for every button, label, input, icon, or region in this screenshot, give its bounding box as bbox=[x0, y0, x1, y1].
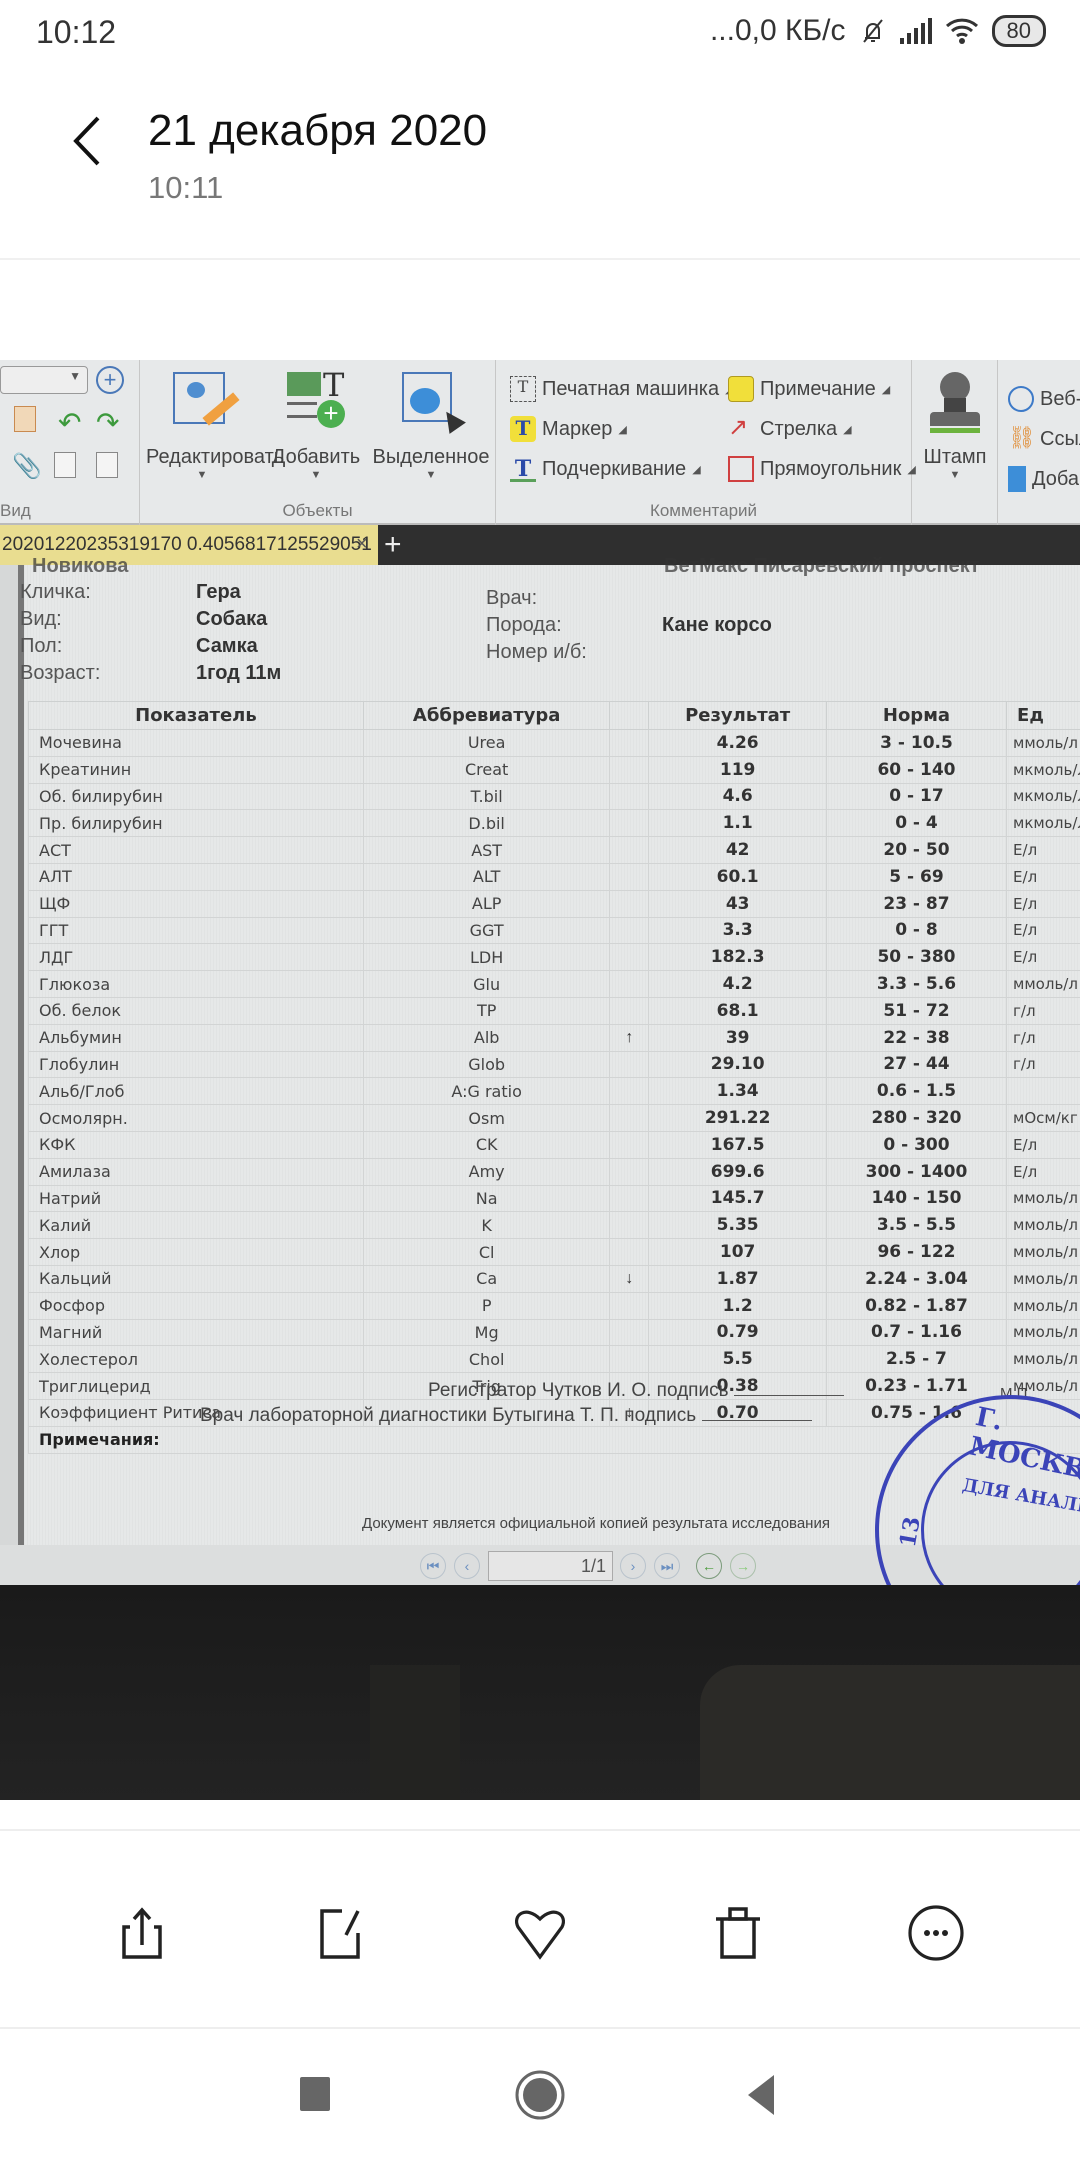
stamp-label: Штамп bbox=[918, 446, 992, 469]
arrow-icon: ↗ bbox=[728, 416, 754, 442]
indicator-name: ЛДГ bbox=[29, 944, 364, 971]
first-page-button[interactable]: ⏮ bbox=[420, 1553, 446, 1579]
col-header-norm: Норма bbox=[826, 702, 1006, 730]
field-label: Пол: bbox=[20, 635, 196, 658]
norm-range: 2.24 - 3.04 bbox=[826, 1265, 1006, 1292]
results-table-body: МочевинаUrea4.263 - 10.5ммоль/лКреатинин… bbox=[29, 730, 1080, 1454]
home-button[interactable] bbox=[514, 2069, 566, 2121]
unit bbox=[1007, 1078, 1080, 1105]
clinic-partial: ВетМакс Писаревский проспект bbox=[664, 555, 980, 578]
indicator-name: Глюкоза bbox=[29, 971, 364, 998]
indicator-name: Амилаза bbox=[29, 1158, 364, 1185]
dropdown-caret-icon: ▼ bbox=[268, 469, 364, 481]
result-value: 4.2 bbox=[649, 971, 827, 998]
patient-field: Вид:Собака bbox=[20, 608, 267, 631]
norm-range: 20 - 50 bbox=[826, 837, 1006, 864]
table-row: ГГТGGT3.30 - 8Е/л bbox=[29, 917, 1080, 944]
unit: ммоль/л bbox=[1007, 1239, 1080, 1266]
col-header-result: Результат bbox=[649, 702, 827, 730]
deviation-flag bbox=[610, 863, 649, 890]
norm-range: 22 - 38 bbox=[826, 1024, 1006, 1051]
redo-icon[interactable]: ↷ bbox=[96, 406, 119, 439]
norm-range: 23 - 87 bbox=[826, 890, 1006, 917]
indicator-abbr: AST bbox=[363, 837, 610, 864]
underline-button[interactable]: TПодчеркивание◢ bbox=[510, 456, 701, 482]
deviation-flag bbox=[610, 944, 649, 971]
indicator-abbr: Na bbox=[363, 1185, 610, 1212]
result-value: 0.79 bbox=[649, 1319, 827, 1346]
unit: мкмоль/л bbox=[1007, 756, 1080, 783]
norm-range: 0 - 300 bbox=[826, 1131, 1006, 1158]
table-row: ФосфорP1.20.82 - 1.87ммоль/л bbox=[29, 1292, 1080, 1319]
indicator-abbr: Urea bbox=[363, 730, 610, 757]
photo-date-title: 21 декабря 2020 bbox=[148, 106, 487, 156]
result-value: 167.5 bbox=[649, 1131, 827, 1158]
dropdown-caret-icon: ▼ bbox=[146, 469, 258, 481]
result-value: 43 bbox=[649, 890, 827, 917]
deviation-flag bbox=[610, 1212, 649, 1239]
stamp-group: Штамп ▼ bbox=[912, 360, 998, 525]
result-value: 39 bbox=[649, 1024, 827, 1051]
owner-partial: Новикова bbox=[32, 555, 128, 578]
indicator-name: Калий bbox=[29, 1212, 364, 1239]
field-label: Врач: bbox=[486, 587, 662, 610]
official-copy-note: Документ является официальной копией рез… bbox=[362, 1515, 830, 1532]
table-row: АмилазаAmy699.6300 - 1400Е/л bbox=[29, 1158, 1080, 1185]
indicator-name: АСТ bbox=[29, 837, 364, 864]
back-view-button[interactable]: ← bbox=[696, 1553, 722, 1579]
field-value: Кане корсо bbox=[662, 614, 772, 637]
indicator-abbr: P bbox=[363, 1292, 610, 1319]
favorite-button[interactable] bbox=[510, 1903, 570, 1963]
new-tab-button[interactable]: + bbox=[384, 525, 402, 565]
signal-icon bbox=[900, 18, 932, 44]
norm-range: 51 - 72 bbox=[826, 997, 1006, 1024]
background-object bbox=[370, 1665, 460, 1800]
dropdown-caret-icon: ▼ bbox=[372, 469, 490, 481]
patient-field: Пол:Самка bbox=[20, 635, 258, 658]
link-icon: ⛓ bbox=[1008, 426, 1034, 452]
prev-page-button[interactable]: ‹ bbox=[454, 1553, 480, 1579]
undo-icon[interactable]: ↶ bbox=[58, 406, 81, 439]
deviation-flag: ↑ bbox=[610, 1024, 649, 1051]
dropdown-caret-icon: ▼ bbox=[918, 469, 992, 481]
patient-field: Номер и/б: bbox=[486, 641, 662, 664]
deviation-flag bbox=[610, 1131, 649, 1158]
selection-button[interactable]: Выделенное ▼ bbox=[372, 370, 490, 481]
globe-icon bbox=[1008, 386, 1034, 412]
stamp-button[interactable]: Штамп ▼ bbox=[918, 370, 992, 481]
result-value: 119 bbox=[649, 756, 827, 783]
indicator-abbr: A:G ratio bbox=[363, 1078, 610, 1105]
typewriter-button[interactable]: TПечатная машинка◢ bbox=[510, 376, 734, 402]
norm-range: 0.6 - 1.5 bbox=[826, 1078, 1006, 1105]
unit: мкмоль/л bbox=[1007, 783, 1080, 810]
web-link-button[interactable]: Веб- bbox=[1008, 386, 1080, 412]
unit: ммоль/л bbox=[1007, 1346, 1080, 1373]
back-nav-button[interactable] bbox=[738, 2069, 790, 2121]
norm-range: 0 - 8 bbox=[826, 917, 1006, 944]
zoom-in-icon[interactable]: + bbox=[96, 366, 124, 394]
unit: г/л bbox=[1007, 997, 1080, 1024]
field-value: Собака bbox=[196, 608, 267, 631]
result-value: 291.22 bbox=[649, 1105, 827, 1132]
add-object-button[interactable]: T + Добавить ▼ bbox=[268, 370, 364, 481]
heart-icon bbox=[510, 1903, 570, 1963]
table-row: Об. белокTP68.151 - 72г/л bbox=[29, 997, 1080, 1024]
ribbon-group-comment: TПечатная машинка◢ TМаркер◢ TПодчеркиван… bbox=[496, 360, 912, 525]
col-header-abbr: Аббревиатура bbox=[363, 702, 610, 730]
attachment-icon[interactable]: 📎 bbox=[12, 452, 42, 481]
ribbon-toolbar: ▼ + ↶ ↷ 📎 Вид Редактировать bbox=[0, 360, 1080, 525]
deviation-flag bbox=[610, 810, 649, 837]
deviation-flag bbox=[610, 1078, 649, 1105]
patient-field: Врач: bbox=[486, 587, 662, 610]
table-row: КреатининCreat11960 - 140мкмоль/л bbox=[29, 756, 1080, 783]
ribbon-group-links: Веб- ⛓Ссыл Доба bbox=[998, 360, 1080, 525]
table-row: НатрийNa145.7140 - 150ммоль/л bbox=[29, 1185, 1080, 1212]
col-header-indicator: Показатель bbox=[29, 702, 364, 730]
result-value: 60.1 bbox=[649, 863, 827, 890]
share-icon bbox=[112, 1903, 172, 1963]
unit: ммоль/л bbox=[1007, 1185, 1080, 1212]
indicator-name: Фосфор bbox=[29, 1292, 364, 1319]
indicator-name: Пр. билирубин bbox=[29, 810, 364, 837]
rectangle-button[interactable]: Прямоугольник◢ bbox=[728, 456, 916, 482]
table-row: АСТAST4220 - 50Е/л bbox=[29, 837, 1080, 864]
indicator-name: Холестерол bbox=[29, 1346, 364, 1373]
unit: Е/л bbox=[1007, 944, 1080, 971]
deviation-flag bbox=[610, 1158, 649, 1185]
unit: г/л bbox=[1007, 1024, 1080, 1051]
trash-icon bbox=[708, 1903, 768, 1963]
ribbon-group-view: ▼ + ↶ ↷ 📎 Вид bbox=[0, 360, 140, 525]
indicator-name: Об. билирубин bbox=[29, 783, 364, 810]
norm-range: 280 - 320 bbox=[826, 1105, 1006, 1132]
unit: Е/л bbox=[1007, 917, 1080, 944]
home-icon bbox=[514, 2069, 566, 2121]
chevron-left-icon bbox=[62, 106, 112, 176]
more-icon bbox=[906, 1903, 966, 1963]
deviation-flag bbox=[610, 1051, 649, 1078]
patient-field: Кличка:Гера bbox=[20, 581, 241, 604]
monitor-screen: ▼ + ↶ ↷ 📎 Вид Редактировать bbox=[0, 360, 1080, 1585]
indicator-name: Триглицерид bbox=[29, 1373, 364, 1400]
unit: Е/л bbox=[1007, 1158, 1080, 1185]
deviation-flag bbox=[610, 1319, 649, 1346]
norm-range: 140 - 150 bbox=[826, 1185, 1006, 1212]
result-value: 5.5 bbox=[649, 1346, 827, 1373]
share-button[interactable] bbox=[112, 1903, 172, 1963]
result-value: 1.2 bbox=[649, 1292, 827, 1319]
indicator-abbr: Chol bbox=[363, 1346, 610, 1373]
indicator-name: Об. белок bbox=[29, 997, 364, 1024]
norm-range: 3 - 10.5 bbox=[826, 730, 1006, 757]
recents-button[interactable] bbox=[290, 2069, 342, 2121]
table-row: АЛТALT60.15 - 69Е/л bbox=[29, 863, 1080, 890]
edit-icon bbox=[310, 1903, 370, 1963]
deviation-flag bbox=[610, 1292, 649, 1319]
norm-range: 60 - 140 bbox=[826, 756, 1006, 783]
rectangle-icon bbox=[728, 456, 754, 482]
status-time: 10:12 bbox=[36, 14, 116, 51]
ribbon-group-label: Комментарий bbox=[496, 501, 911, 521]
photo-view[interactable]: ▼ + ↶ ↷ 📎 Вид Редактировать bbox=[0, 360, 1080, 1800]
unit: ммоль/л bbox=[1007, 1212, 1080, 1239]
arrow-button[interactable]: ↗Стрелка◢ bbox=[728, 416, 852, 442]
results-table: Показатель Аббревиатура Результат Норма … bbox=[28, 701, 1080, 1454]
field-value: Самка bbox=[196, 635, 258, 658]
norm-range: 0.82 - 1.87 bbox=[826, 1292, 1006, 1319]
indicator-name: Хлор bbox=[29, 1239, 364, 1266]
system-nav-bar bbox=[0, 2031, 1080, 2160]
result-value: 1.34 bbox=[649, 1078, 827, 1105]
indicator-name: ГГТ bbox=[29, 917, 364, 944]
indicator-name: КФК bbox=[29, 1131, 364, 1158]
last-page-button[interactable]: ⏭ bbox=[654, 1553, 680, 1579]
result-value: 4.26 bbox=[649, 730, 827, 757]
status-icons: ...0,0 КБ/с 80 bbox=[710, 14, 1046, 48]
typewriter-icon: T bbox=[510, 376, 536, 402]
viewer-header: 21 декабря 2020 10:11 bbox=[0, 66, 1080, 262]
deviation-flag bbox=[610, 783, 649, 810]
indicator-abbr: ALT bbox=[363, 863, 610, 890]
norm-range: 27 - 44 bbox=[826, 1051, 1006, 1078]
delete-button[interactable] bbox=[708, 1903, 768, 1963]
result-value: 1.1 bbox=[649, 810, 827, 837]
fit-page-icon[interactable] bbox=[14, 406, 36, 432]
norm-range: 2.5 - 7 bbox=[826, 1346, 1006, 1373]
edit-objects-button[interactable]: Редактировать ▼ bbox=[146, 370, 258, 481]
stamp-number: 13 bbox=[895, 1515, 926, 1550]
status-bar: 10:12 ...0,0 КБ/с 80 bbox=[0, 0, 1080, 66]
table-header-row: Показатель Аббревиатура Результат Норма … bbox=[29, 702, 1080, 730]
unit: мОсм/кг bbox=[1007, 1105, 1080, 1132]
field-label: Вид: bbox=[20, 608, 196, 631]
back-triangle-icon bbox=[738, 2069, 790, 2121]
unit: ммоль/л bbox=[1007, 1292, 1080, 1319]
indicator-name: Кальций bbox=[29, 1265, 364, 1292]
unit: ммоль/л bbox=[1007, 1319, 1080, 1346]
underline-icon: T bbox=[510, 456, 536, 482]
selection-icon bbox=[396, 370, 466, 440]
table-row: КалийK5.353.5 - 5.5ммоль/л bbox=[29, 1212, 1080, 1239]
indicator-name: АЛТ bbox=[29, 863, 364, 890]
ribbon-group-label: Вид bbox=[0, 501, 139, 521]
divider bbox=[0, 258, 1080, 260]
indicator-abbr: Creat bbox=[363, 756, 610, 783]
indicator-abbr: Amy bbox=[363, 1158, 610, 1185]
indicator-abbr: Cl bbox=[363, 1239, 610, 1266]
table-row: ГлюкозаGlu4.23.3 - 5.6ммоль/л bbox=[29, 971, 1080, 998]
table-row: Пр. билирубинD.bil1.10 - 4мкмоль/л bbox=[29, 810, 1080, 837]
result-value: 42 bbox=[649, 837, 827, 864]
norm-range: 96 - 122 bbox=[826, 1239, 1006, 1266]
unit: мкмоль/л bbox=[1007, 810, 1080, 837]
result-value: 4.6 bbox=[649, 783, 827, 810]
deviation-flag bbox=[610, 917, 649, 944]
table-row: Альб/ГлобA:G ratio1.340.6 - 1.5 bbox=[29, 1078, 1080, 1105]
result-value: 145.7 bbox=[649, 1185, 827, 1212]
field-label: Порода: bbox=[486, 614, 662, 637]
document-text-icon[interactable] bbox=[54, 452, 76, 478]
add-bookmark-button[interactable]: Доба bbox=[1008, 466, 1079, 492]
indicator-abbr: GGT bbox=[363, 917, 610, 944]
registrar-signature: Регистратор Чутков И. О. подпись bbox=[428, 1380, 844, 1402]
patient-field: Возраст:1год 11м bbox=[20, 662, 281, 685]
unit: ммоль/л bbox=[1007, 971, 1080, 998]
table-row: ГлобулинGlob29.1027 - 44г/л bbox=[29, 1051, 1080, 1078]
unit: г/л bbox=[1007, 1051, 1080, 1078]
unit: ммоль/л bbox=[1007, 1265, 1080, 1292]
norm-range: 3.3 - 5.6 bbox=[826, 971, 1006, 998]
col-header-flag bbox=[610, 702, 649, 730]
table-row: АльбуминAlb↑3922 - 38г/л bbox=[29, 1024, 1080, 1051]
note-button[interactable]: Примечание◢ bbox=[728, 376, 890, 402]
result-value: 107 bbox=[649, 1239, 827, 1266]
indicator-name: Магний bbox=[29, 1319, 364, 1346]
recents-icon bbox=[290, 2069, 342, 2121]
indicator-abbr: TP bbox=[363, 997, 610, 1024]
field-value: Гера bbox=[196, 581, 241, 604]
marker-icon: T bbox=[510, 416, 536, 442]
indicator-abbr: Alb bbox=[363, 1024, 610, 1051]
result-value: 5.35 bbox=[649, 1212, 827, 1239]
wifi-icon bbox=[944, 16, 980, 46]
unit: ммоль/л bbox=[1007, 730, 1080, 757]
table-row: КФКCK167.50 - 300Е/л bbox=[29, 1131, 1080, 1158]
edit-objects-label: Редактировать bbox=[146, 446, 258, 469]
edit-objects-icon bbox=[167, 370, 237, 440]
deviation-flag bbox=[610, 1105, 649, 1132]
next-page-button[interactable]: › bbox=[620, 1553, 646, 1579]
table-row: ХлорCl10796 - 122ммоль/л bbox=[29, 1239, 1080, 1266]
result-value: 3.3 bbox=[649, 917, 827, 944]
bookmark-add-icon bbox=[1008, 466, 1026, 492]
field-label: Кличка: bbox=[20, 581, 196, 604]
indicator-abbr: ALP bbox=[363, 890, 610, 917]
field-value: 1год 11м bbox=[196, 662, 281, 685]
close-tab-icon[interactable]: × bbox=[356, 525, 368, 563]
background-object bbox=[700, 1665, 1080, 1800]
signature-line bbox=[702, 1420, 812, 1421]
selection-label: Выделенное bbox=[372, 446, 490, 469]
photo-time: 10:11 bbox=[148, 170, 223, 206]
net-speed: ...0,0 КБ/с bbox=[710, 14, 846, 48]
ribbon-group-objects: Редактировать ▼ T + Добавить ▼ bbox=[140, 360, 496, 525]
indicator-abbr: LDH bbox=[363, 944, 610, 971]
battery-indicator: 80 bbox=[992, 15, 1046, 47]
table-row: МагнийMg0.790.7 - 1.16ммоль/л bbox=[29, 1319, 1080, 1346]
indicator-name: Осмолярн. bbox=[29, 1105, 364, 1132]
result-value: 182.3 bbox=[649, 944, 827, 971]
deviation-flag: ↓ bbox=[610, 1265, 649, 1292]
result-value: 68.1 bbox=[649, 997, 827, 1024]
indicator-abbr: CK bbox=[363, 1131, 610, 1158]
field-label: Возраст: bbox=[20, 662, 196, 685]
table-row: МочевинаUrea4.263 - 10.5ммоль/л bbox=[29, 730, 1080, 757]
col-header-unit: Ед bbox=[1007, 702, 1080, 730]
ribbon-group-label: Объекты bbox=[140, 501, 495, 521]
add-object-icon: T + bbox=[281, 370, 351, 440]
indicator-abbr: Osm bbox=[363, 1105, 610, 1132]
norm-range: 5 - 69 bbox=[826, 863, 1006, 890]
table-row: ЩФALP4323 - 87Е/л bbox=[29, 890, 1080, 917]
marker-button[interactable]: TМаркер◢ bbox=[510, 416, 627, 442]
more-button[interactable] bbox=[906, 1903, 966, 1963]
unit: Е/л bbox=[1007, 863, 1080, 890]
indicator-name: Натрий bbox=[29, 1185, 364, 1212]
patient-field: Порода:Кане корсо bbox=[486, 614, 772, 637]
norm-range: 3.5 - 5.5 bbox=[826, 1212, 1006, 1239]
indicator-abbr: Ca bbox=[363, 1265, 610, 1292]
indicator-name: Глобулин bbox=[29, 1051, 364, 1078]
indicator-name: Мочевина bbox=[29, 730, 364, 757]
indicator-abbr: T.bil bbox=[363, 783, 610, 810]
table-row: Об. билирубинT.bil4.60 - 17мкмоль/л bbox=[29, 783, 1080, 810]
indicator-abbr: Glu bbox=[363, 971, 610, 998]
table-row: ЛДГLDH182.350 - 380Е/л bbox=[29, 944, 1080, 971]
indicator-abbr: K bbox=[363, 1212, 610, 1239]
result-value: 1.87 bbox=[649, 1265, 827, 1292]
signature-line bbox=[734, 1395, 844, 1396]
unit: Е/л bbox=[1007, 837, 1080, 864]
deviation-flag bbox=[610, 1239, 649, 1266]
indicator-abbr: Glob bbox=[363, 1051, 610, 1078]
lab-report-document: Новикова ВетМакс Писаревский проспект Кл… bbox=[18, 565, 1080, 1555]
deviation-flag bbox=[610, 890, 649, 917]
unit: Е/л bbox=[1007, 1131, 1080, 1158]
norm-range: 300 - 1400 bbox=[826, 1158, 1006, 1185]
norm-range: 0.7 - 1.16 bbox=[826, 1319, 1006, 1346]
stamp-icon bbox=[920, 370, 990, 440]
norm-range: 0.23 - 1.71 bbox=[826, 1373, 1006, 1400]
table-row: Осмолярн.Osm291.22280 - 320мОсм/кг bbox=[29, 1105, 1080, 1132]
norm-range: 0 - 4 bbox=[826, 810, 1006, 837]
indicator-name: Креатинин bbox=[29, 756, 364, 783]
norm-range: 50 - 380 bbox=[826, 944, 1006, 971]
result-value: 699.6 bbox=[649, 1158, 827, 1185]
silent-bell-icon bbox=[858, 16, 888, 46]
indicator-abbr: Mg bbox=[363, 1319, 610, 1346]
indicator-name: Альб/Глоб bbox=[29, 1078, 364, 1105]
forward-view-button[interactable]: → bbox=[730, 1553, 756, 1579]
back-button[interactable] bbox=[62, 106, 112, 176]
link-button[interactable]: ⛓Ссыл bbox=[1008, 426, 1080, 452]
indicator-name: ЩФ bbox=[29, 890, 364, 917]
zoom-dropdown[interactable]: ▼ bbox=[0, 366, 88, 394]
indicator-abbr: D.bil bbox=[363, 810, 610, 837]
deviation-flag bbox=[610, 730, 649, 757]
deviation-flag bbox=[610, 756, 649, 783]
edit-button[interactable] bbox=[310, 1903, 370, 1963]
deviation-flag bbox=[610, 1346, 649, 1373]
photo-actions-bar bbox=[0, 1829, 1080, 2029]
background-room bbox=[0, 1585, 1080, 1800]
add-object-label: Добавить bbox=[268, 446, 364, 469]
field-label: Номер и/б: bbox=[486, 641, 662, 664]
indicator-name: Альбумин bbox=[29, 1024, 364, 1051]
unit: Е/л bbox=[1007, 890, 1080, 917]
deviation-flag bbox=[610, 997, 649, 1024]
norm-range: 0 - 17 bbox=[826, 783, 1006, 810]
page-number-field[interactable]: 1/1 bbox=[488, 1551, 613, 1581]
deviation-flag bbox=[610, 971, 649, 998]
table-row: ХолестеролChol5.52.5 - 7ммоль/л bbox=[29, 1346, 1080, 1373]
note-icon bbox=[728, 376, 754, 402]
deviation-flag bbox=[610, 837, 649, 864]
document-settings-icon[interactable] bbox=[96, 452, 118, 478]
